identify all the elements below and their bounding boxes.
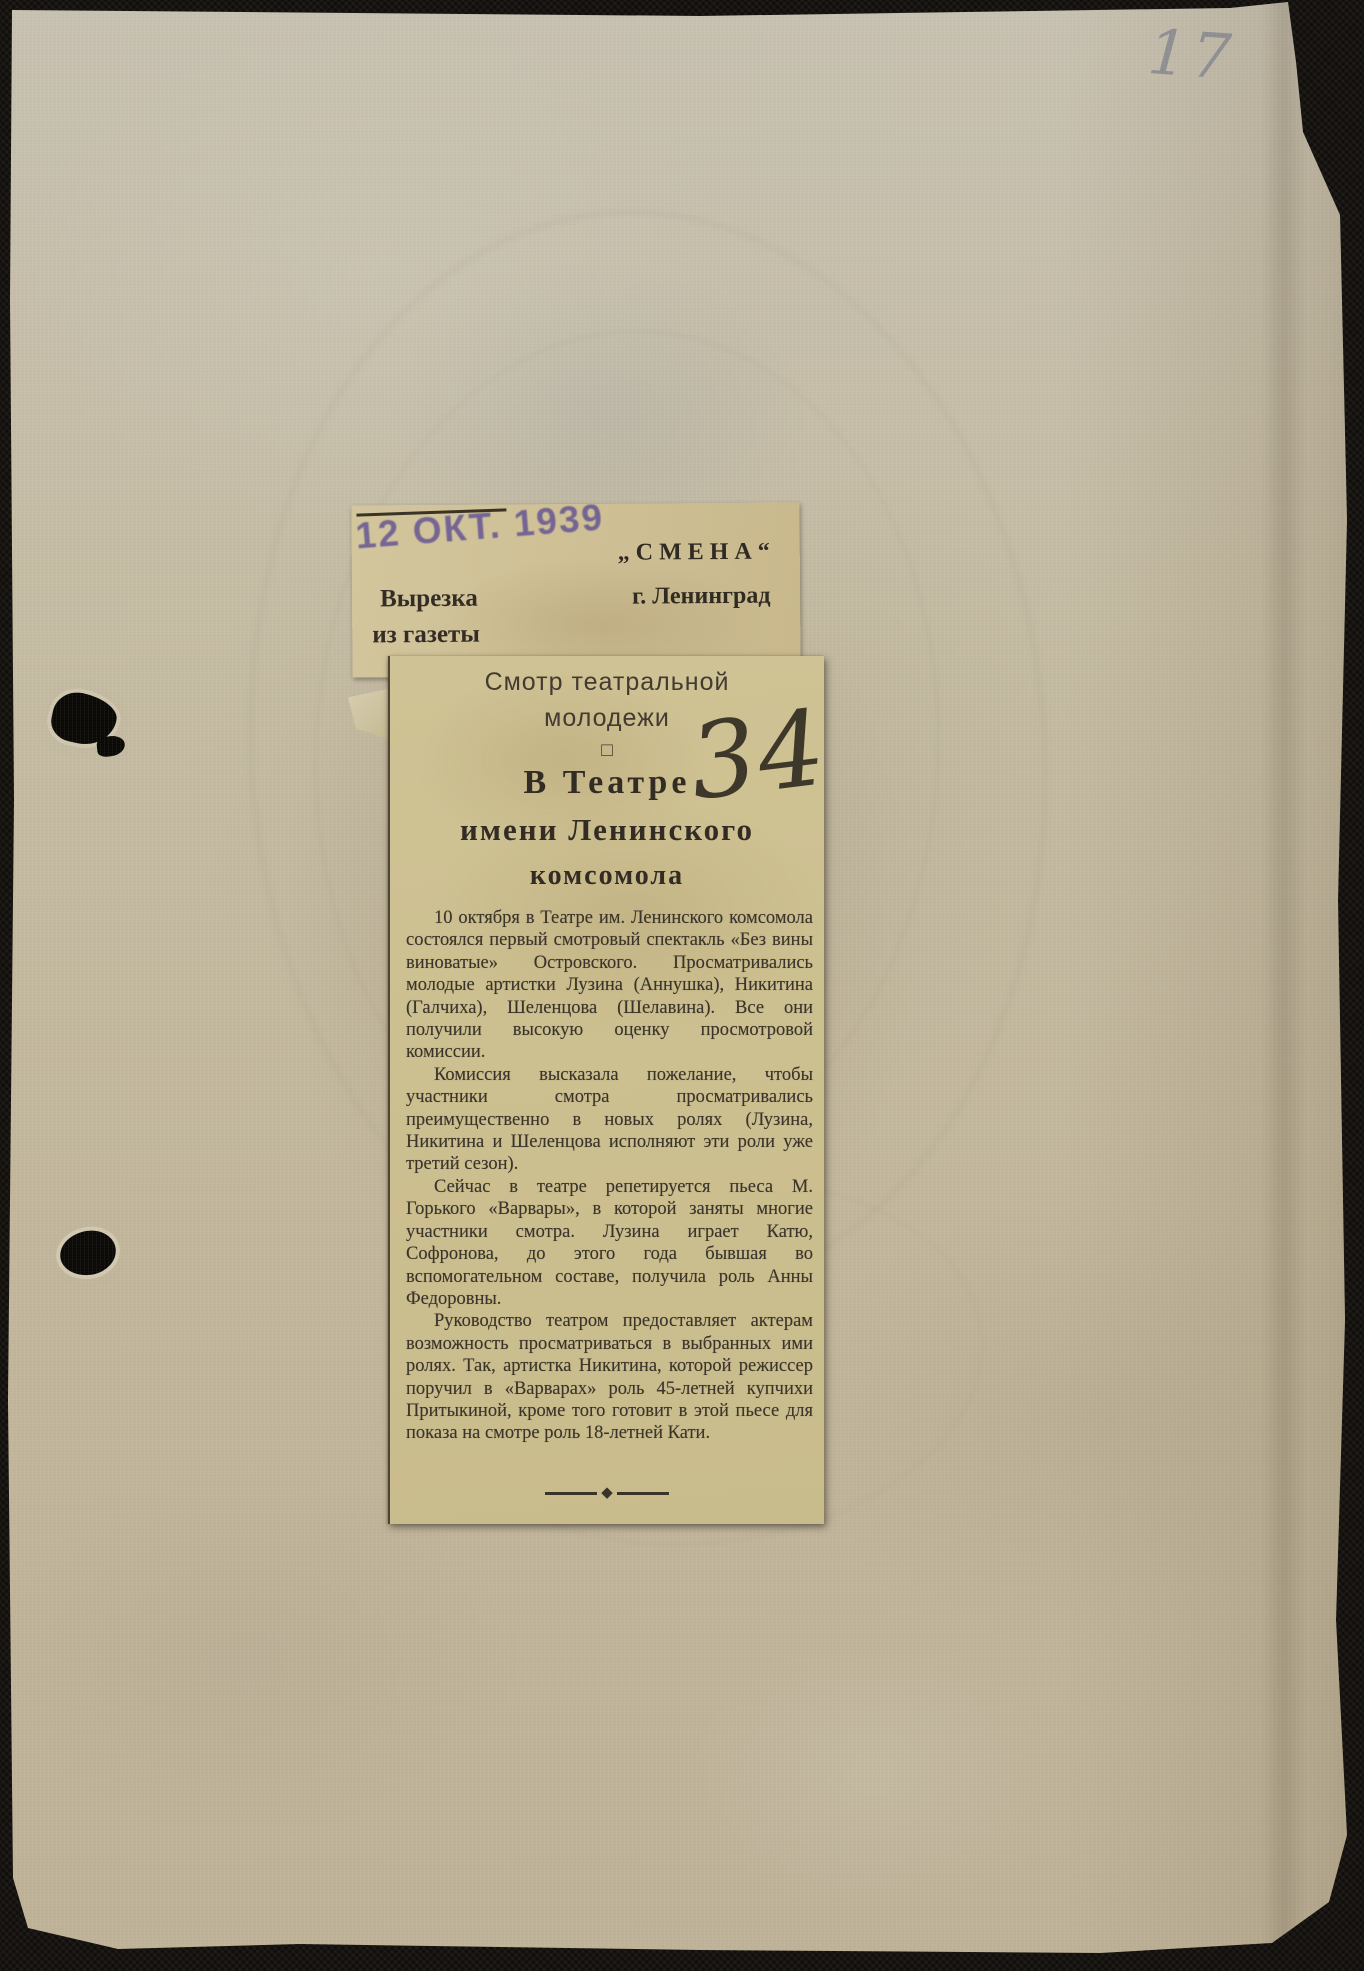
punch-hole xyxy=(57,1227,119,1278)
article-paragraph: Сейчас в театре репетируется пьеса М. Го… xyxy=(406,1176,813,1310)
headline-line1: В Театре xyxy=(390,764,824,802)
article-paragraph: Комиссия высказала пожелание, чтобы учас… xyxy=(406,1064,813,1176)
divider-line xyxy=(617,1492,669,1495)
handwritten-number: 34 xyxy=(683,686,833,824)
newspaper-city: г. Ленинград xyxy=(632,583,771,611)
clipping-corner-flap xyxy=(348,688,392,740)
article-body: 10 октября в Театре им. Ленинского комсо… xyxy=(406,907,813,1445)
source-label-line2: из газеты xyxy=(372,617,480,654)
date-stamp: 12 ОКТ. 1939 xyxy=(354,496,606,557)
source-label-line1: Вырезка xyxy=(380,581,480,618)
newspaper-name: „СМЕНА“ xyxy=(618,539,776,567)
headline-line3: комсомола xyxy=(390,860,824,892)
archival-sheet: 17 12 ОКТ. 1939 Вырезка из газеты „СМЕНА… xyxy=(0,0,1364,1971)
headline-line2: имени Ленинского xyxy=(390,812,824,848)
paper-fold-crease xyxy=(1262,0,1306,1971)
divider-line xyxy=(545,1492,597,1495)
clipping-source-label: Вырезка из газеты xyxy=(380,581,480,654)
clipping-header: 12 ОКТ. 1939 Вырезка из газеты „СМЕНА“ г… xyxy=(351,502,800,677)
torn-hole xyxy=(48,688,121,750)
article-end-divider: ◆ xyxy=(390,1488,824,1498)
diamond-icon: ◆ xyxy=(601,1488,613,1498)
archive-page-number: 17 xyxy=(1146,15,1238,94)
article-paragraph: 10 октября в Театре им. Ленинского комсо… xyxy=(406,907,813,1064)
article-paragraph: Руководство театром предоставляет актера… xyxy=(406,1310,813,1444)
article-column: Смотр театральной молодежи □ 34 В Театре… xyxy=(388,656,824,1524)
